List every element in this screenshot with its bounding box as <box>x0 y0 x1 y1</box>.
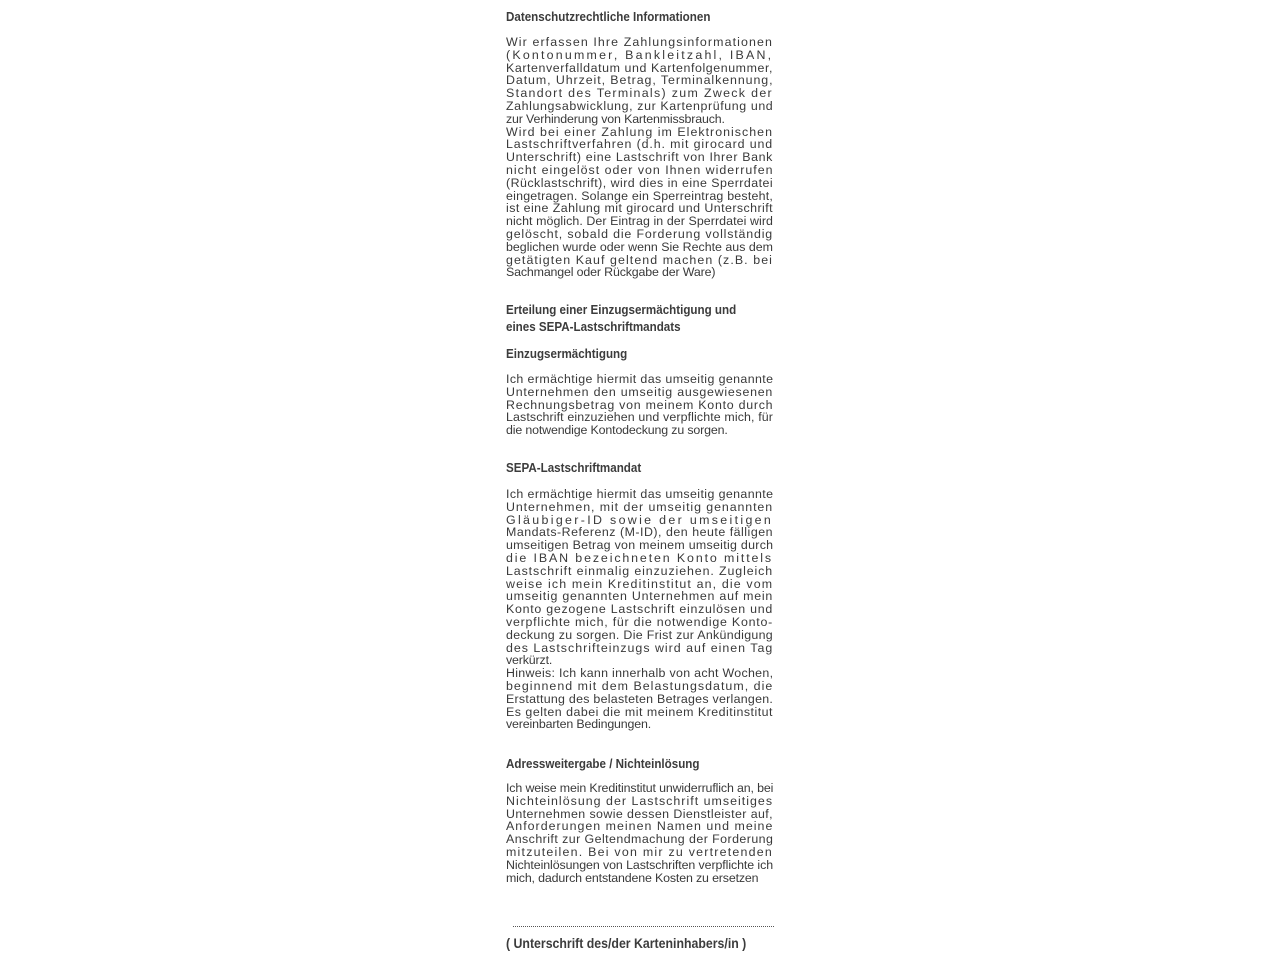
text-line: Unternehmen den umseitig ausgewiesenen <box>506 386 773 399</box>
text-line: gelöscht, sobald die Forderung vollständ… <box>506 228 773 241</box>
text-line: beginnend mit dem Belastungsdatum, die <box>506 680 773 693</box>
text-line: zur Verhinderung von Kartenmissbrauch. <box>506 113 773 126</box>
text-line: Zahlungsabwicklung, zur Kartenprüfung un… <box>506 100 773 113</box>
signature-label: ( Unterschrift des/der Karteninhabers/in… <box>506 935 746 951</box>
text-line: (Rücklastschrift), wird dies in eine Spe… <box>506 177 773 190</box>
paragraph-sepa-lastschriftmandat: Ich ermächtige hiermit das umseitig gena… <box>506 488 773 731</box>
text-line: Sachmangel oder Rückgabe der Ware) <box>506 266 773 279</box>
text-line: Ich ermächtige hiermit das umseitig gena… <box>506 488 773 501</box>
paragraph-einzugsermaechtigung: Ich ermächtige hiermit das umseitig gena… <box>506 373 773 437</box>
text-line: die notwendige Kontodeckung zu sorgen. <box>506 424 773 437</box>
text-line: verpflichte mich, für die notwendige Kon… <box>506 616 773 629</box>
text-line: die IBAN bezeichneten Konto mittels <box>506 552 773 565</box>
heading-datenschutz: Datenschutzrechtliche Informationen <box>506 8 710 25</box>
text-line: Unternehmen, mit der umseitig genannten <box>506 501 773 514</box>
heading-erteilung-line1: Erteilung einer Einzugsermächtigung und <box>506 301 736 318</box>
heading-adressweitergabe: Adressweitergabe / Nichteinlösung <box>506 755 699 772</box>
text-line: beglichen wurde oder wenn Sie Rechte aus… <box>506 241 773 254</box>
text-line: Ich weise mein Kreditinstitut unwiderruf… <box>506 782 773 795</box>
text-line: Lastschrift einmalig einzuziehen. Zuglei… <box>506 565 773 578</box>
text-line: deckung zu sorgen. Die Frist zur Ankündi… <box>506 629 773 642</box>
heading-einzugsermaechtigung: Einzugsermächtigung <box>506 345 627 362</box>
text-line: (Kontonummer, Bankleitzahl, IBAN, <box>506 49 773 62</box>
text-line: mitzuteilen. Bei von mir zu vertretenden <box>506 846 773 859</box>
paragraph-datenschutz: Wir erfassen Ihre Zahlungsinformationen … <box>506 36 773 279</box>
text-line: nicht eingelöst oder von Ihnen widerrufe… <box>506 164 773 177</box>
text-line: Ich ermächtige hiermit das umseitig gena… <box>506 373 773 386</box>
heading-erteilung-line2: eines SEPA-Lastschriftmandats <box>506 318 681 335</box>
heading-sepa-lastschriftmandat: SEPA-Lastschriftmandat <box>506 459 641 476</box>
text-line: Nichteinlösungen von Lastschriften verpf… <box>506 859 773 872</box>
text-line: Nichteinlösung der Lastschrift umseitige… <box>506 795 773 808</box>
paragraph-adressweitergabe: Ich weise mein Kreditinstitut unwiderruf… <box>506 782 773 884</box>
text-line: Erstattung des belasteten Betrages verla… <box>506 693 773 706</box>
text-line: vereinbarten Bedingungen. <box>506 718 773 731</box>
signature-line <box>513 920 774 927</box>
text-line: mich, dadurch entstandene Kosten zu erse… <box>506 872 773 885</box>
text-line: Wir erfassen Ihre Zahlungsinformationen <box>506 36 773 49</box>
